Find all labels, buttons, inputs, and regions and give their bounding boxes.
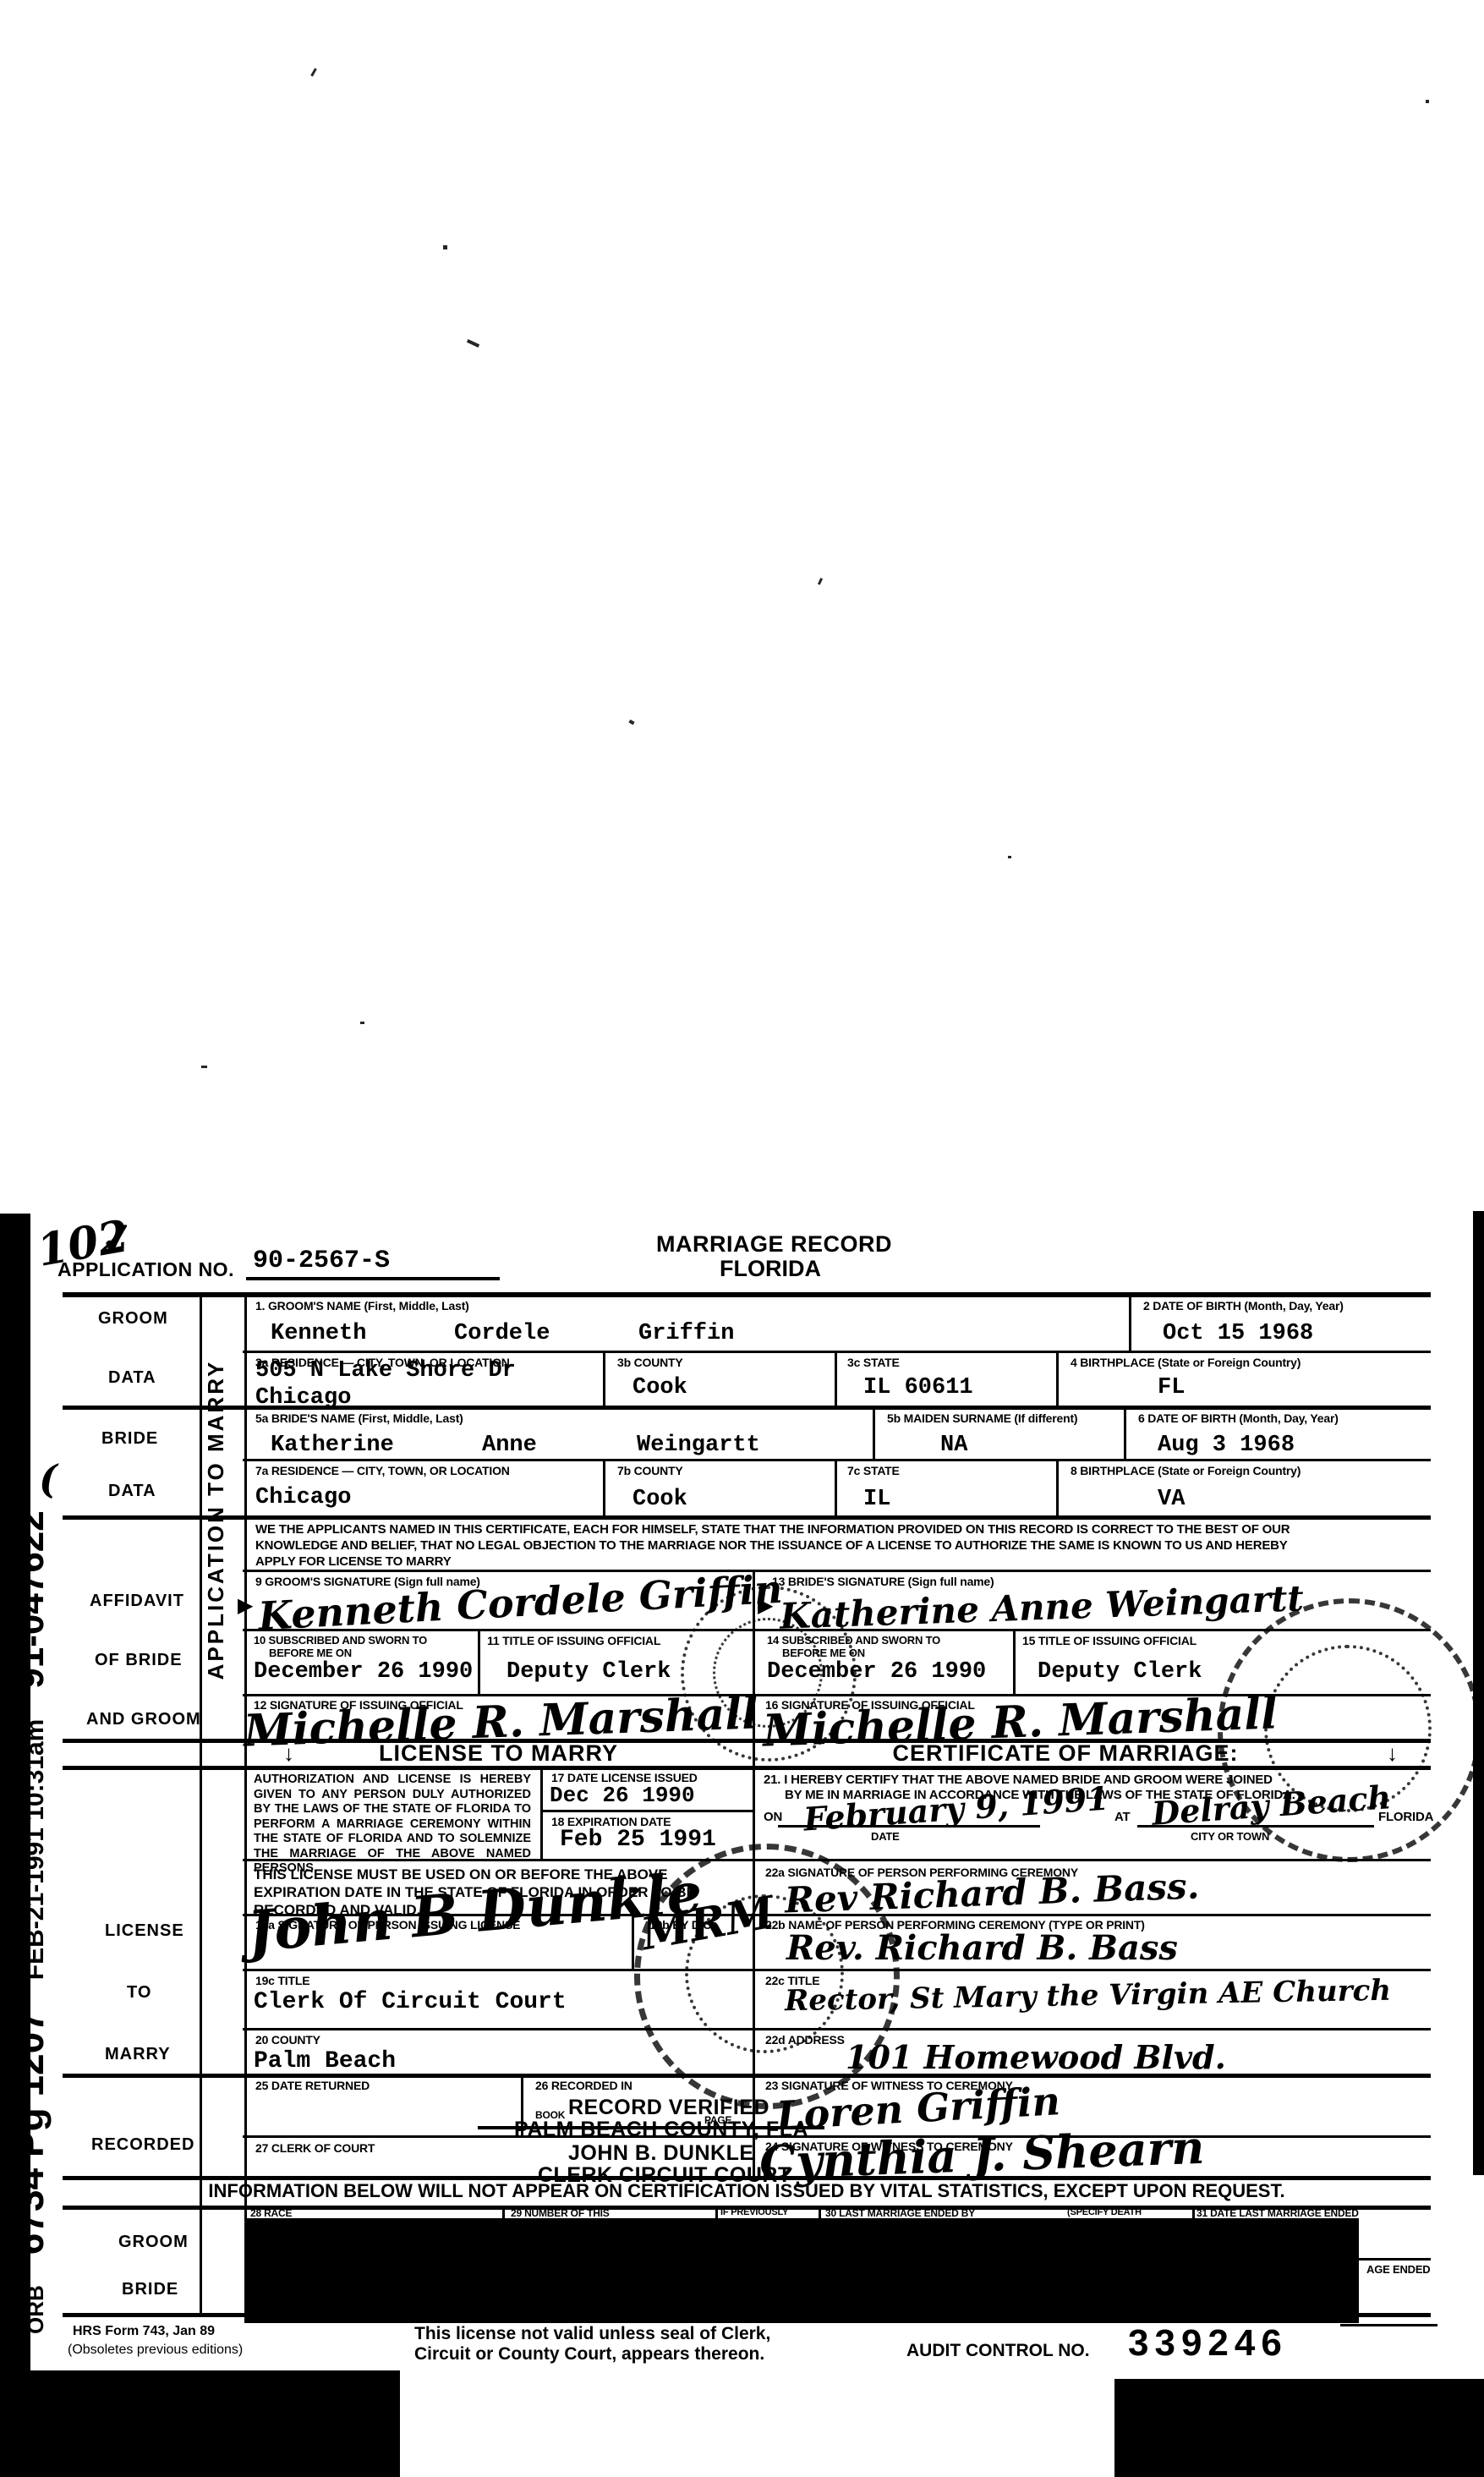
circuit-court-seal-icon	[685, 1894, 844, 2053]
clerk-seal-icon	[1264, 1645, 1432, 1812]
marriage-record-scan: 102 ✓ ( APPLICATION NO. 90-2567-S MARRIA…	[0, 0, 1484, 2477]
clerk-seal-icon	[713, 1618, 823, 1728]
ceremony-address: 101 Homewood Blvd.	[846, 2038, 1226, 2076]
record-verified-stamp-line3: JOHN B. DUNKLE	[568, 2141, 754, 2166]
record-verified-stamp-line4: CLERK CIRCUIT COURT	[538, 2163, 791, 2188]
